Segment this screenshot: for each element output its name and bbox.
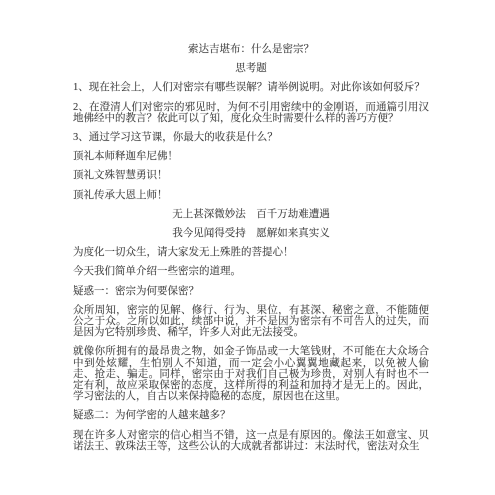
question-1: 1、现在社会上，人们对密宗有哪些误解？请举例说明。对此你该如何驳斥？: [73, 82, 429, 93]
document-subtitle: 思考题: [73, 63, 429, 74]
verse-line-1: 无上甚深微妙法 百千万劫难遭遇: [73, 209, 429, 220]
homage-line-2: 顶礼文殊智慧勇识！: [73, 170, 429, 181]
section-1-paragraph-1: 众所周知，密宗的见解、修行、行为、果位，有甚深、秘密之意，不能随便公之于众。之所…: [73, 305, 429, 339]
question-2: 2、在澄清人们对密宗的邪见时，为何不引用密续中的金刚语，而通篇引用汉地佛经中的教…: [73, 102, 429, 124]
section-1-paragraph-2: 就像你所拥有的最昂贵之物，如金子饰品或一大笔钱财，不可能在大众场合中到处炫耀，生…: [73, 346, 429, 402]
document-page: 索达吉堪布：什么是密宗？ 思考题 1、现在社会上，人们对密宗有哪些误解？请举例说…: [0, 0, 495, 495]
homage-line-1: 顶礼本师释迦牟尼佛！: [73, 151, 429, 162]
bodhicitta-line: 为度化一切众生，请大家发无上殊胜的菩提心！: [73, 247, 429, 258]
homage-line-3: 顶礼传承大恩上师！: [73, 190, 429, 201]
verse-line-2: 我今见闻得受持 愿解如来真实义: [73, 228, 429, 239]
question-3: 3、通过学习这节课，你最大的收获是什么？: [73, 132, 429, 143]
document-title: 索达吉堪布：什么是密宗？: [73, 44, 429, 55]
section-2-paragraph-1: 现在许多人对密宗的信心相当不错，这一点是有原因的。像法王如意宝、贝诺法王、敦珠法…: [73, 430, 429, 452]
intro-line: 今天我们简单介绍一些密宗的道理。: [73, 266, 429, 277]
section-2-heading: 疑惑二：为何学密的人越来越多？: [73, 410, 429, 421]
section-1-heading: 疑惑一：密宗为何要保密？: [73, 286, 429, 297]
